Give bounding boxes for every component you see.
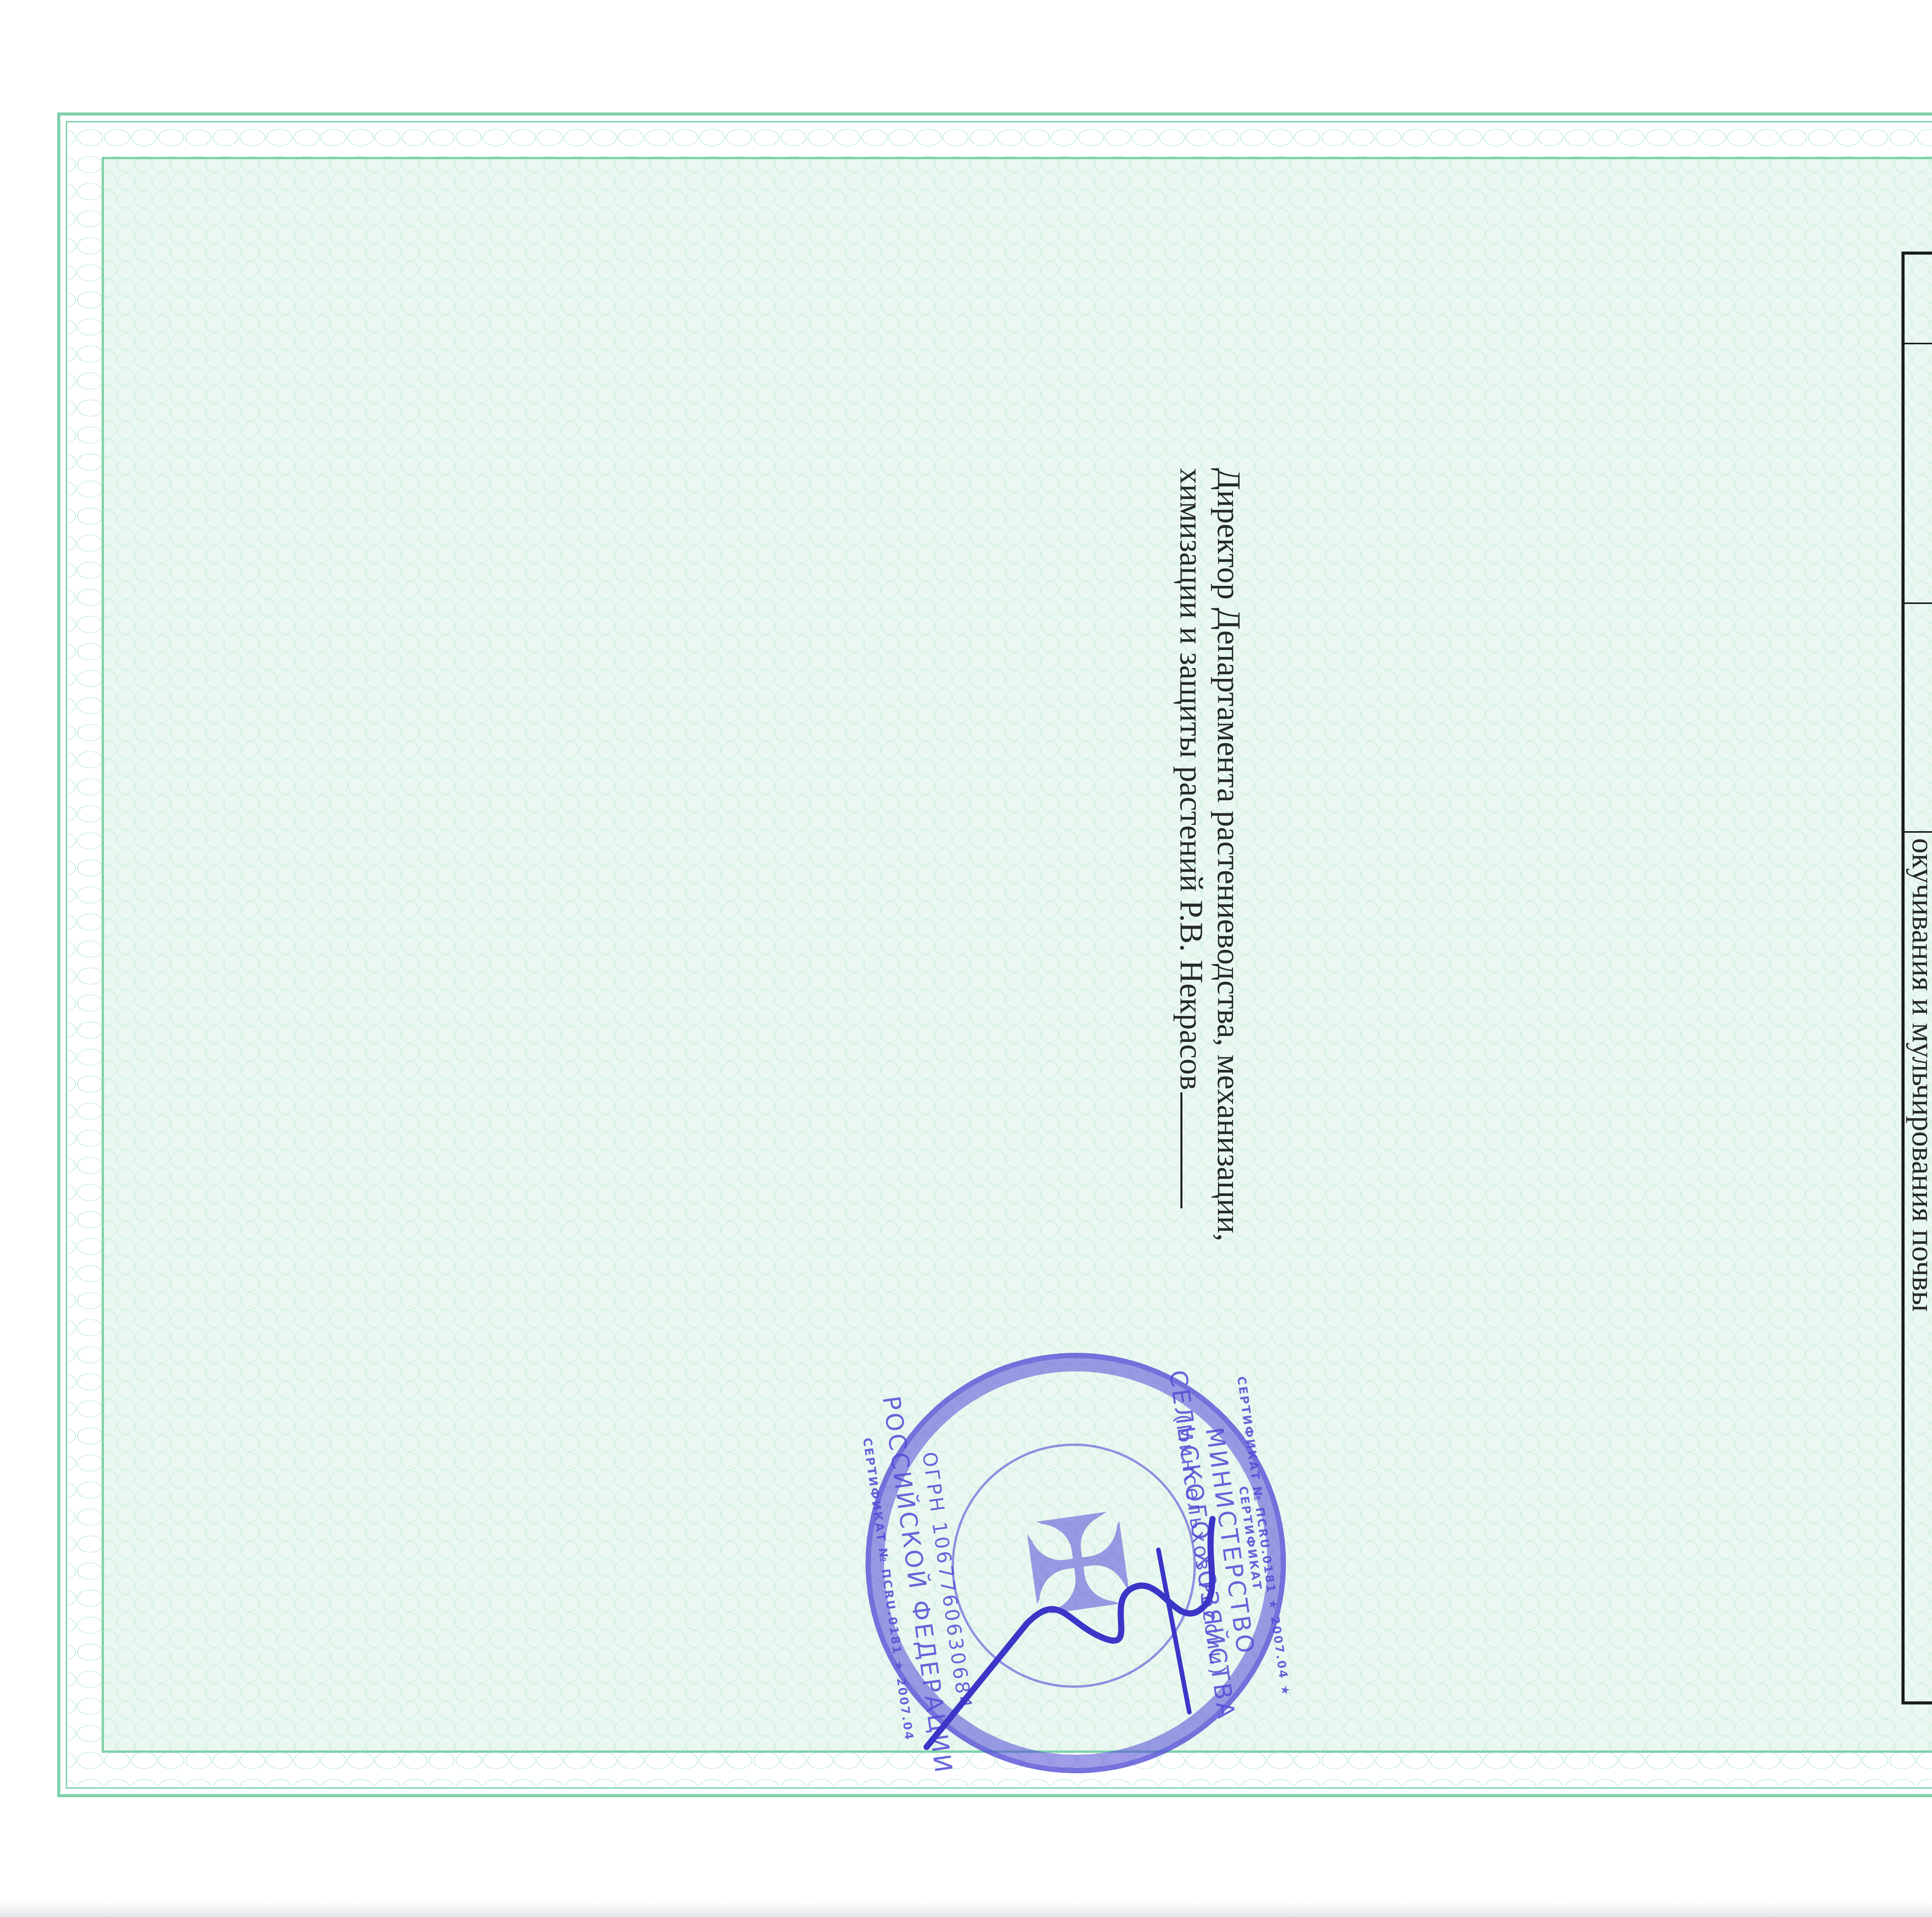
row-preparation-form: Полностью готов к применению, можно испо… <box>1903 603 1932 832</box>
scanned-page: Приложение № 6 к свидетельству о государ… <box>0 0 1932 1917</box>
table-row: 24 ТПС Полностью готов к применению, мож… <box>1903 253 1932 1703</box>
registration-table: 1 2 3 4 24 ТПС Полностью готов к примене… <box>1901 252 1932 1704</box>
handwritten-signature <box>911 1496 1259 1766</box>
signatory-name: химизации и защиты растений Р.В. Некрасо… <box>1173 468 1209 1090</box>
signature-line <box>1180 1092 1182 1208</box>
row-number: 24 <box>1903 253 1932 344</box>
row-usage: Плодово-ягодные, овощные, цветочно-декор… <box>1903 832 1932 1703</box>
row-usage-text: – применяется для формирования плодородн… <box>1906 838 1932 1696</box>
certificate-sheet: Приложение № 6 к свидетельству о государ… <box>15 66 1932 1844</box>
signature-stroke-icon <box>911 1496 1259 1766</box>
document-content: Приложение № 6 к свидетельству о государ… <box>1901 252 1932 1704</box>
row-brand: ТПС <box>1903 344 1932 603</box>
paper-edge-shadow <box>0 1902 1932 1917</box>
